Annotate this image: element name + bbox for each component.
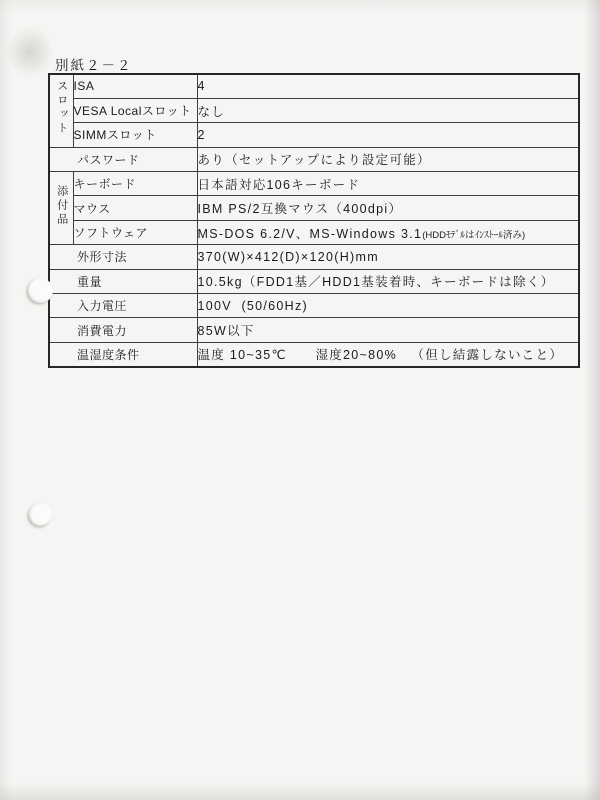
table-row: ソフトウェア MS-DOS 6.2/V、MS-Windows 3.1(HDDﾓﾃ… [49,220,579,244]
table-row: 添付品 キーボード 日本語対応106キーボード [49,172,579,196]
table-row: SIMMスロット 2 [49,123,579,147]
table-row: スロット ISA 4 [49,74,579,98]
table-row: 重量 10.5kg（FDD1基／HDD1基装着時、キーボードは除く） [49,269,579,293]
doc-attachment-label: 別紙２－２ [55,54,133,74]
spec-value: 10.5kg（FDD1基／HDD1基装着時、キーボードは除く） [197,269,579,293]
spec-value: なし [197,98,579,122]
group-label-text: スロット [56,80,67,136]
table-row: 温湿度条件 温度 10~35℃ 湿度20~80% （但し結露しないこと） [49,342,579,366]
spec-label: パスワード [49,147,197,171]
spec-value: 85W以下 [197,318,579,342]
table-row: 外形寸法 370(W)×412(D)×120(H)mm [49,245,579,269]
spec-label: 重量 [49,269,197,293]
spec-label: SIMMスロット [73,123,197,147]
spec-value-main: MS-DOS 6.2/V、MS-Windows 3.1 [198,227,423,241]
scanned-page: 別紙２－２ スロット ISA 4 VESA Localスロット なし SIMMス… [0,0,600,800]
table-row: 消費電力 85W以下 [49,318,579,342]
spec-label: 入力電圧 [49,294,197,318]
spec-value-note: (HDDﾓﾃﾞﾙはｲﾝｽﾄｰﾙ済み) [422,230,525,241]
group-label-slots: スロット [49,74,73,147]
spec-label: ソフトウェア [73,220,197,244]
group-label-accessories: 添付品 [49,172,73,245]
table-row: パスワード あり（セットアップにより設定可能） [49,147,579,171]
punch-hole-bottom [29,503,52,526]
group-label-text: 添付品 [56,185,67,227]
spec-label: マウス [73,196,197,220]
spec-label: 外形寸法 [49,245,197,269]
spec-table: スロット ISA 4 VESA Localスロット なし SIMMスロット 2 … [48,73,580,368]
table-row: マウス IBM PS/2互換マウス（400dpi） [49,196,579,220]
spec-label: 温湿度条件 [49,342,197,366]
spec-value: 2 [197,123,579,147]
spec-label: VESA Localスロット [73,98,197,122]
scan-smudge [6,26,54,78]
spec-value: 温度 10~35℃ 湿度20~80% （但し結露しないこと） [197,342,579,366]
spec-label: 消費電力 [49,318,197,342]
spec-value: あり（セットアップにより設定可能） [197,147,579,171]
spec-value: MS-DOS 6.2/V、MS-Windows 3.1(HDDﾓﾃﾞﾙはｲﾝｽﾄ… [197,220,579,244]
spec-value: 日本語対応106キーボード [197,172,579,196]
punch-hole-top [28,278,53,303]
spec-value: 4 [197,74,579,98]
spec-value: 100V (50/60Hz) [197,294,579,318]
spec-value: 370(W)×412(D)×120(H)mm [197,245,579,269]
spec-label: キーボード [73,172,197,196]
table-row: VESA Localスロット なし [49,98,579,122]
spec-value: IBM PS/2互換マウス（400dpi） [197,196,579,220]
spec-label: ISA [73,74,197,98]
table-row: 入力電圧 100V (50/60Hz) [49,294,579,318]
